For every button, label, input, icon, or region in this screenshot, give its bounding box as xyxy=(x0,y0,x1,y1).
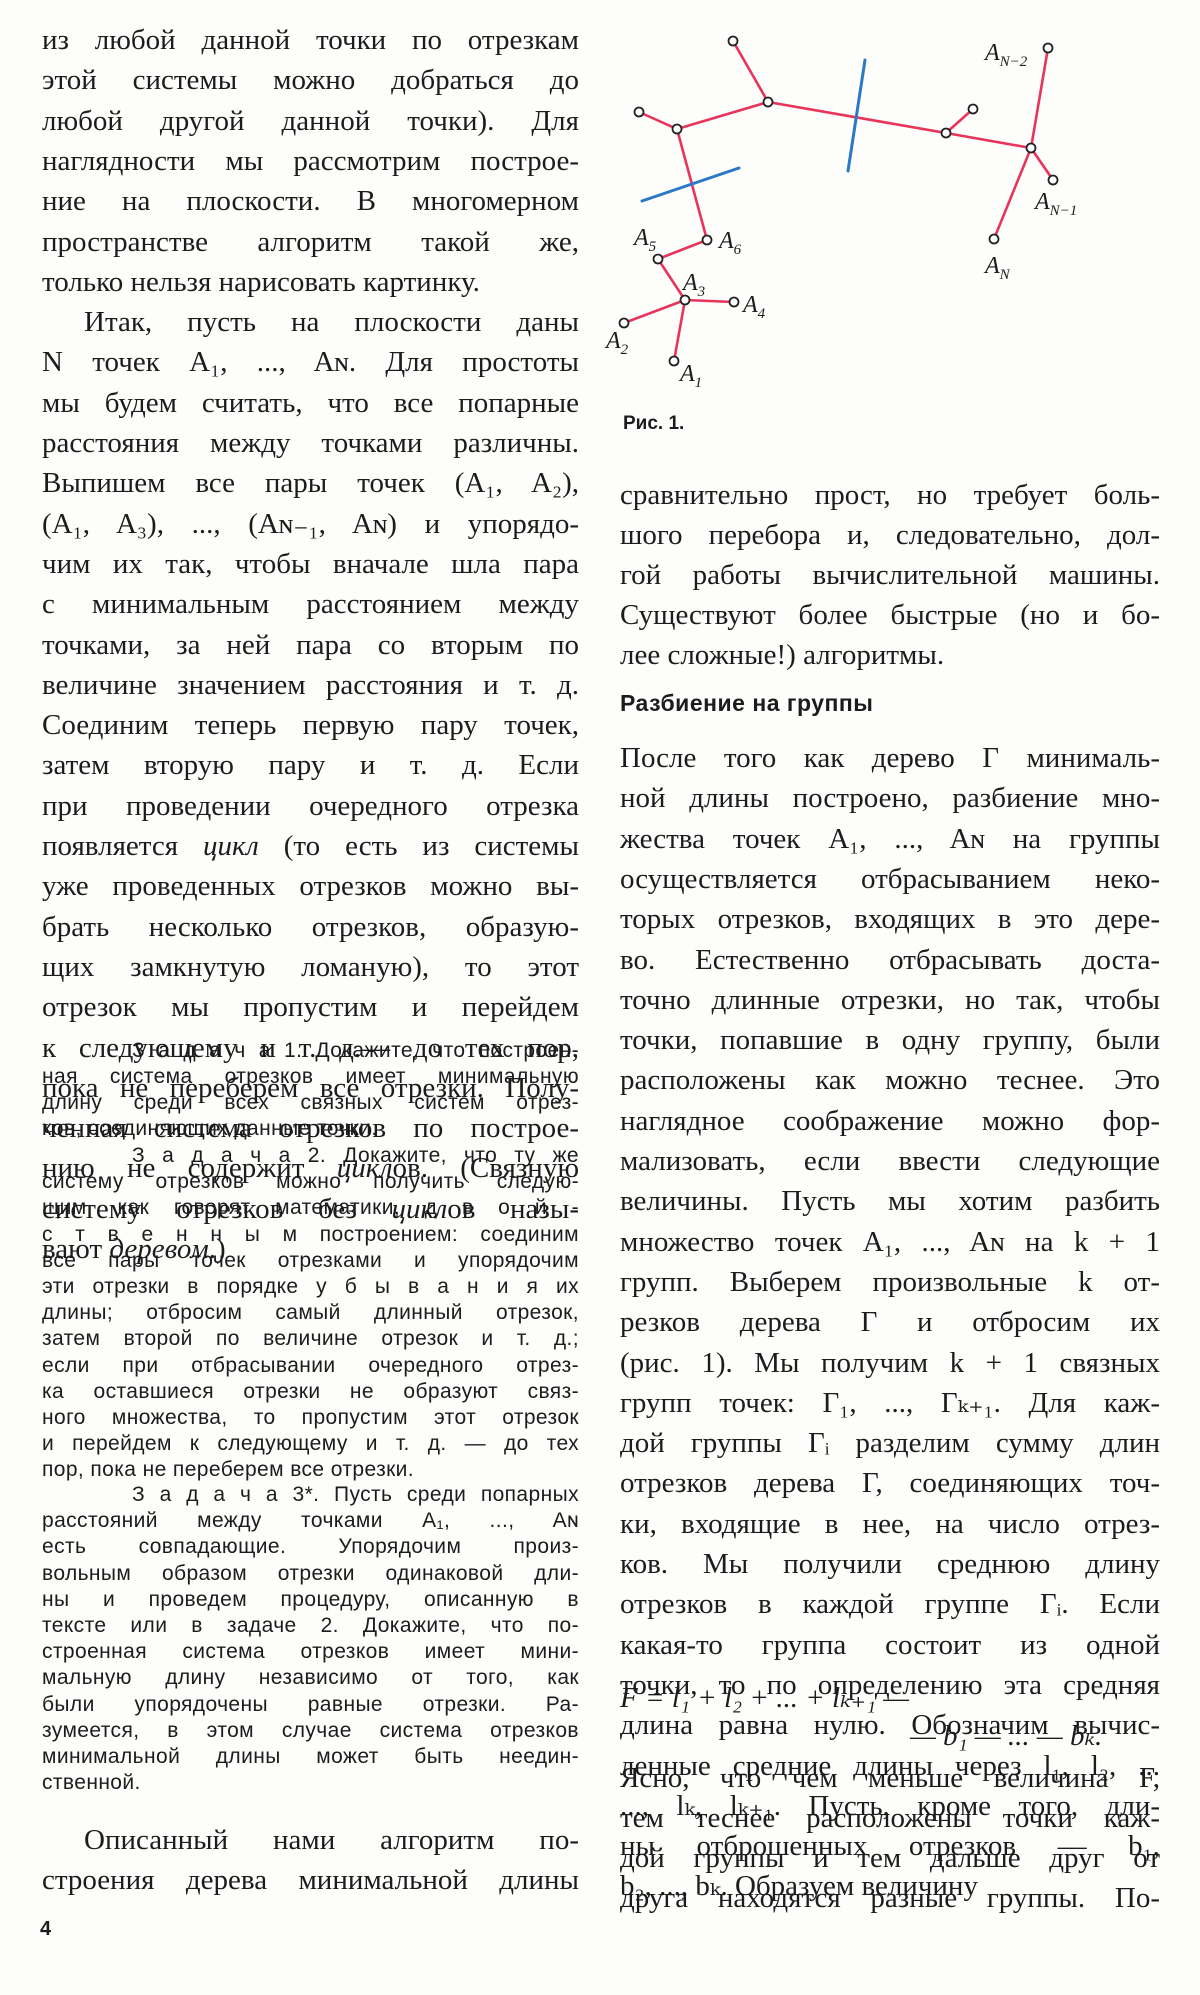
tree-node xyxy=(654,255,663,264)
text-line: осуществляется отбрасыванием неко- xyxy=(620,859,1160,899)
text-line: дой группы Гᵢ разделим сумму длин xyxy=(620,1423,1160,1463)
text-line: величине значением расстояния и т. д. xyxy=(42,665,579,705)
node-label: AN−2 xyxy=(983,40,1028,70)
text-line: резков дерева Г и отбросим их xyxy=(620,1302,1160,1342)
figure-minimal-spanning-tree: A1A2A3A4A5A6AN−2AN−1AN xyxy=(600,0,1200,400)
text-line: затем вторую пару и т. д. Если xyxy=(42,745,579,785)
text-line: Существуют более быстрые (но и бо- xyxy=(620,595,1160,635)
tree-edge xyxy=(946,133,1031,148)
text-line: (рис. 1). Мы получим k + 1 связных xyxy=(620,1343,1160,1383)
text-line: минимальной длины может быть неедин- xyxy=(42,1744,579,1769)
text-line: шого перебора и, следовательно, дол- xyxy=(620,515,1160,555)
text-line: (A₁, A₃), ..., (Aɴ₋₁, Aɴ) и упорядо- xyxy=(42,504,579,544)
text-line: Выпишем все пары точек (A₁, A₂), xyxy=(42,463,579,503)
text-line: отрезков дерева Г, соединяющих точ- xyxy=(620,1463,1160,1503)
tree-edge xyxy=(658,240,707,259)
text-line: какая-то группа состоит из одной xyxy=(620,1625,1160,1665)
text-line: затем второй по величине отрезок и т. д.… xyxy=(42,1326,579,1351)
formula-line-2: — b₁ — ... — bₖ. xyxy=(910,1718,1102,1753)
text-line: сравнительно прост, но требует боль- xyxy=(620,475,1160,515)
text-line: мальную длину независимо от того, как xyxy=(42,1665,579,1690)
figure-caption: Рис. 1. xyxy=(623,413,684,435)
text-line: N точек A₁, ..., Aɴ. Для простоты xyxy=(42,342,579,382)
tree-edge xyxy=(1031,48,1048,148)
text-line: расположены как можно теснее. Это xyxy=(620,1060,1160,1100)
tree-node xyxy=(729,37,738,46)
tree-node xyxy=(730,298,739,307)
text-line: лее сложные!) алгоритмы. xyxy=(620,635,1160,675)
text-line: строения дерева минимальной длины xyxy=(42,1860,579,1900)
text-line: эти отрезки в порядке у б ы в а н и я их xyxy=(42,1274,579,1299)
text-line: ка оставшиеся отрезки не образуют связ- xyxy=(42,1379,579,1404)
text-line: ственной. xyxy=(42,1770,579,1795)
tree-node xyxy=(990,235,999,244)
text-line: из любой данной точки по отрезкам xyxy=(42,20,579,60)
text-line: только нельзя нарисовать картинку. xyxy=(42,262,579,302)
tree-node xyxy=(670,357,679,366)
tree-diagram: A1A2A3A4A5A6AN−2AN−1AN xyxy=(600,0,1200,400)
text-line: ной длины построено, разбиение мно- xyxy=(620,778,1160,818)
text-line: точками, за ней пара со вторым по xyxy=(42,625,579,665)
text-line: Описанный нами алгоритм по- xyxy=(42,1820,579,1860)
tree-node xyxy=(703,236,712,245)
text-line: щих замкнутую ломаную), то этот xyxy=(42,947,579,987)
text-line: Итак, пусть на плоскости даны xyxy=(42,302,579,342)
text-line: величины. Пусть мы хотим разбить xyxy=(620,1181,1160,1221)
text-line: ков, соединяющих данные точки. xyxy=(42,1116,579,1141)
text-line: жества точек A₁, ..., Aɴ на группы xyxy=(620,819,1160,859)
node-label: A6 xyxy=(717,228,742,258)
text-line: вольным образом отрезки одинаковой дли- xyxy=(42,1561,579,1586)
text-line: расстояния между точками различны. xyxy=(42,423,579,463)
tree-node xyxy=(620,319,629,328)
term-cycle: цикл xyxy=(203,830,259,862)
node-label: A3 xyxy=(681,270,705,300)
text-line: Соединим теперь первую пару точек, xyxy=(42,705,579,745)
text-line: брать несколько отрезков, образую- xyxy=(42,907,579,947)
text-line: во. Естественно отбрасывать доста- xyxy=(620,940,1160,980)
text-line: появляется цикл (то есть из системы xyxy=(42,826,579,866)
text-line: ного множества, то пропустим этот отрезо… xyxy=(42,1405,579,1430)
tree-edge xyxy=(658,259,685,300)
page-number: 4 xyxy=(40,1918,51,1941)
text-line: тем теснее расположены точки каж- xyxy=(620,1798,1160,1838)
text-line: тексте или в задаче 2. Докажите, что по- xyxy=(42,1613,579,1638)
tree-node xyxy=(969,105,978,114)
text-line: пространстве алгоритм такой же, xyxy=(42,222,579,262)
tree-edge xyxy=(624,300,685,323)
text-line: мы будем считать, что все попарные xyxy=(42,383,579,423)
text-line: мализовать, если ввести следующие xyxy=(620,1141,1160,1181)
text-line: были упорядочены равные отрезки. Ра- xyxy=(42,1692,579,1717)
text-line: множество точек A₁, ..., Aɴ на k + 1 xyxy=(620,1222,1160,1262)
formula-line-1: F = l₁ + l₂ + ... + lₖ₊₁ — xyxy=(620,1680,909,1715)
text-line: дой группы и тем дальше друг от xyxy=(620,1838,1160,1878)
tree-edge xyxy=(685,300,734,302)
text-line: есть совпадающие. Упорядочим произ- xyxy=(42,1534,579,1559)
tree-edge xyxy=(733,41,768,102)
text-line: После того как дерево Г минималь- xyxy=(620,738,1160,778)
text-line: ние на плоскости. В многомерном xyxy=(42,181,579,221)
text-line: расстояний между точками A₁, ..., Aɴ xyxy=(42,1508,579,1533)
tree-node xyxy=(1044,44,1053,53)
text-line: точно длинные отрезки, но так, чтобы xyxy=(620,980,1160,1020)
tree-node xyxy=(681,296,690,305)
tree-edge xyxy=(946,109,973,133)
tree-node xyxy=(942,129,951,138)
tree-node xyxy=(1027,144,1036,153)
cut-line xyxy=(642,168,739,201)
tree-node xyxy=(635,108,644,117)
text-line: систему отрезков можно получить следую- xyxy=(42,1169,579,1194)
tree-edge xyxy=(639,112,677,129)
tree-edge xyxy=(1031,148,1053,180)
text-line: длины; отбросим самый длинный отрезок, xyxy=(42,1300,579,1325)
tree-node xyxy=(1049,176,1058,185)
text-line: друга находятся разные группы. По- xyxy=(620,1878,1160,1918)
text-line: З а д а ч а 3*. Пусть среди попарных xyxy=(42,1482,579,1507)
text-line: групп. Выберем произвольные k от- xyxy=(620,1262,1160,1302)
text-line: ная система отрезков имеет минимальную xyxy=(42,1064,579,1089)
node-label: AN−1 xyxy=(1033,189,1077,219)
text-line: наглядности мы рассмотрим построе- xyxy=(42,141,579,181)
text-line: этой системы можно добраться до xyxy=(42,60,579,100)
text-line: с минимальным расстоянием между xyxy=(42,584,579,624)
text-line: уже проведенных отрезков можно вы- xyxy=(42,866,579,906)
text-line: если при отбрасывании очередного отрез- xyxy=(42,1353,579,1378)
text-line: любой другой данной точки). Для xyxy=(42,101,579,141)
text-line: и перейдем к следующему и т. д. — до тех xyxy=(42,1431,579,1456)
tree-node xyxy=(764,98,773,107)
text-line: наглядное соображение можно фор- xyxy=(620,1101,1160,1141)
tree-edge xyxy=(994,148,1031,239)
tree-edge xyxy=(674,300,685,361)
text-line: пор, пока не переберем все отрезки. xyxy=(42,1457,579,1482)
section-heading: Разбиение на группы xyxy=(620,690,873,717)
text-line: при проведении очередного отрезка xyxy=(42,786,579,826)
text-line: З а д а ч а 2. Докажите, что ту же xyxy=(42,1143,579,1168)
node-label: A5 xyxy=(632,225,657,255)
text-line: отрезков в каждой группе Гᵢ. Если xyxy=(620,1584,1160,1624)
text-line: с т в е н н ы м построением: соединим xyxy=(42,1222,579,1247)
text-line: торых отрезков, входящих в это дере- xyxy=(620,899,1160,939)
text-line: отрезок мы пропустим и перейдем xyxy=(42,987,579,1027)
text-line: ны и проведем процедуру, описанную в xyxy=(42,1587,579,1612)
text-line: групп точек: Г₁, ..., Гₖ₊₁. Для каж- xyxy=(620,1383,1160,1423)
text-line: все пары точек отрезками и упорядочим xyxy=(42,1248,579,1273)
node-label: A4 xyxy=(741,292,766,322)
text-line: щим, как говорят математики, д в о й - xyxy=(42,1195,579,1220)
text-line: длину среди всех связных систем отрез- xyxy=(42,1090,579,1115)
text-line: ков. Мы получили среднюю длину xyxy=(620,1544,1160,1584)
node-label: AN xyxy=(983,253,1011,283)
text-line: чим их так, чтобы вначале шла пара xyxy=(42,544,579,584)
tree-edge xyxy=(677,102,768,129)
text-line: зумеется, в этом случае система отрезков xyxy=(42,1718,579,1743)
node-label: A1 xyxy=(678,361,702,391)
text-line: точки, попавшие в одну группу, были xyxy=(620,1020,1160,1060)
text-line: З а д а ч а 1. Докажите, что построен- xyxy=(42,1038,579,1063)
node-label: A2 xyxy=(604,328,629,358)
text-line: строенная система отрезков имеет мини- xyxy=(42,1639,579,1664)
text-line: гой работы вычислительной машины. xyxy=(620,555,1160,595)
text-line: ки, входящие в нее, на число отрез- xyxy=(620,1504,1160,1544)
text-line: Ясно, что чем меньше величина F, xyxy=(620,1758,1160,1798)
tree-node xyxy=(673,125,682,134)
